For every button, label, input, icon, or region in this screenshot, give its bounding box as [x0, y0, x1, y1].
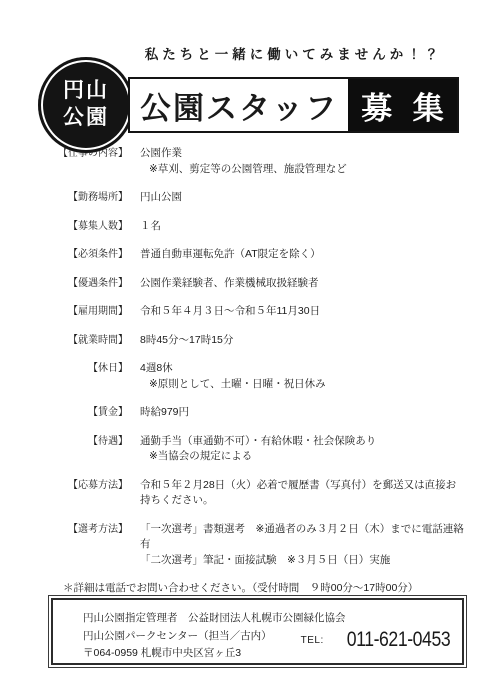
field-value-main: 通勤手当（車通勤不可）・有給休暇・社会保険あり [140, 434, 464, 450]
field-label: 【勤務場所】 [40, 190, 128, 206]
field-label: 【休日】 [40, 361, 128, 392]
job-detail-row: 【必須条件】 普通自動車運転免許（AT限定を除く） [40, 247, 495, 263]
field-value: 公園作業経験者、作業機械取扱経験者 [140, 276, 464, 292]
field-label: 【優遇条件】 [40, 276, 128, 292]
job-detail-row: 【休日】 4週8休 ※原則として、土曜・日曜・祝日休み [40, 361, 495, 392]
field-value: 通勤手当（車通勤不可）・有給休暇・社会保険あり ※当協会の規定による [140, 434, 464, 465]
tagline: 私たちと一緒に働いてみませんか！？ [128, 43, 459, 63]
field-label: 【必須条件】 [40, 247, 128, 263]
field-value: 公園作業 ※草刈、剪定等の公園管理、施設管理など [140, 146, 464, 177]
field-value-main: 「一次選考」書類選考 ※通過者のみ３月２日（木）までに電話連絡有 [140, 522, 464, 553]
field-value-note: ※原則として、土曜・日曜・祝日休み [140, 377, 464, 393]
field-label: 【募集人数】 [40, 219, 128, 235]
park-badge-text: 円山 公園 [63, 78, 109, 132]
field-value-main: 普通自動車運転免許（AT限定を除く） [140, 247, 464, 263]
field-value-main: 公園作業 [140, 146, 464, 162]
title-accent: 募 集 [348, 79, 457, 131]
field-label: 【就業時間】 [40, 333, 128, 349]
job-detail-row: 【賃金】 時給979円 [40, 405, 495, 421]
field-value: １名 [140, 219, 464, 235]
job-detail-row: 【応募方法】 令和５年２月28日（火）必着で履歴書（写真付）を郵送又は直接お持ち… [40, 478, 495, 509]
field-label: 【選考方法】 [40, 522, 128, 569]
field-value-main: １名 [140, 219, 464, 235]
job-detail-row: 【募集人数】 １名 [40, 219, 495, 235]
tel-number: 011-621-0453 [346, 628, 450, 652]
field-label: 【応募方法】 [40, 478, 128, 509]
field-value-main: 令和５年４月３日～令和５年11月30日 [140, 304, 464, 320]
field-value: 令和５年４月３日～令和５年11月30日 [140, 304, 464, 320]
job-detail-row: 【勤務場所】 円山公園 [40, 190, 495, 206]
field-value: 円山公園 [140, 190, 464, 206]
job-details-list: 【仕事の内容】 公園作業 ※草刈、剪定等の公園管理、施設管理など 【勤務場所】 … [0, 133, 495, 568]
job-detail-row: 【仕事の内容】 公園作業 ※草刈、剪定等の公園管理、施設管理など [40, 146, 495, 177]
field-label: 【雇用期間】 [40, 304, 128, 320]
contact-box-inner: 円山公園指定管理者 公益財団法人札幌市公園緑化協会 円山公園パークセンター（担当… [51, 598, 464, 665]
field-value-main: 公園作業経験者、作業機械取扱経験者 [140, 276, 464, 292]
job-detail-row: 【就業時間】 8時45分～17時15分 [40, 333, 495, 349]
field-value-main: 4週8休 [140, 361, 464, 377]
field-value-main: 時給979円 [140, 405, 464, 421]
recruitment-flyer: 円山 公園 私たちと一緒に働いてみませんか！？ 公園スタッフ 募 集 【仕事の内… [0, 0, 495, 700]
phone-block: TEL: 011-621-0453 [301, 628, 450, 652]
title-main: 公園スタッフ [130, 79, 348, 131]
job-detail-row: 【雇用期間】 令和５年４月３日～令和５年11月30日 [40, 304, 495, 320]
field-value: 「一次選考」書類選考 ※通過者のみ３月２日（木）までに電話連絡有 「二次選考」筆… [140, 522, 464, 569]
job-detail-row: 【優遇条件】 公園作業経験者、作業機械取扱経験者 [40, 276, 495, 292]
field-value-main: 円山公園 [140, 190, 464, 206]
tel-label: TEL: [301, 635, 324, 646]
field-value: 普通自動車運転免許（AT限定を除く） [140, 247, 464, 263]
field-value-note: ※草刈、剪定等の公園管理、施設管理など [140, 162, 464, 178]
field-value: 時給979円 [140, 405, 464, 421]
field-value-second-line: 「二次選考」筆記・面接試験 ※３月５日（日）実施 [140, 553, 464, 569]
field-value: 8時45分～17時15分 [140, 333, 464, 349]
field-value-main: 8時45分～17時15分 [140, 333, 464, 349]
field-value-note: ※当協会の規定による [140, 449, 464, 465]
job-detail-row: 【選考方法】 「一次選考」書類選考 ※通過者のみ３月２日（木）までに電話連絡有 … [40, 522, 495, 569]
field-label: 【賃金】 [40, 405, 128, 421]
contact-box: 円山公園指定管理者 公益財団法人札幌市公園緑化協会 円山公園パークセンター（担当… [48, 595, 467, 668]
field-label: 【待遇】 [40, 434, 128, 465]
field-value: 令和５年２月28日（火）必着で履歴書（写真付）を郵送又は直接お持ちください。 [140, 478, 464, 509]
job-detail-row: 【待遇】 通勤手当（車通勤不可）・有給休暇・社会保険あり ※当協会の規定による [40, 434, 495, 465]
contact-manager: 円山公園指定管理者 公益財団法人札幌市公園緑化協会 [83, 610, 462, 628]
flyer-header: 円山 公園 私たちと一緒に働いてみませんか！？ 公園スタッフ 募 集 [0, 0, 495, 133]
park-badge-line1: 円山 [63, 78, 109, 105]
park-badge-line2: 公園 [63, 105, 109, 132]
title-box: 公園スタッフ 募 集 [128, 77, 459, 133]
field-value: 4週8休 ※原則として、土曜・日曜・祝日休み [140, 361, 464, 392]
park-badge: 円山 公園 [38, 57, 134, 153]
field-value-main: 令和５年２月28日（火）必着で履歴書（写真付）を郵送又は直接お持ちください。 [140, 478, 464, 509]
